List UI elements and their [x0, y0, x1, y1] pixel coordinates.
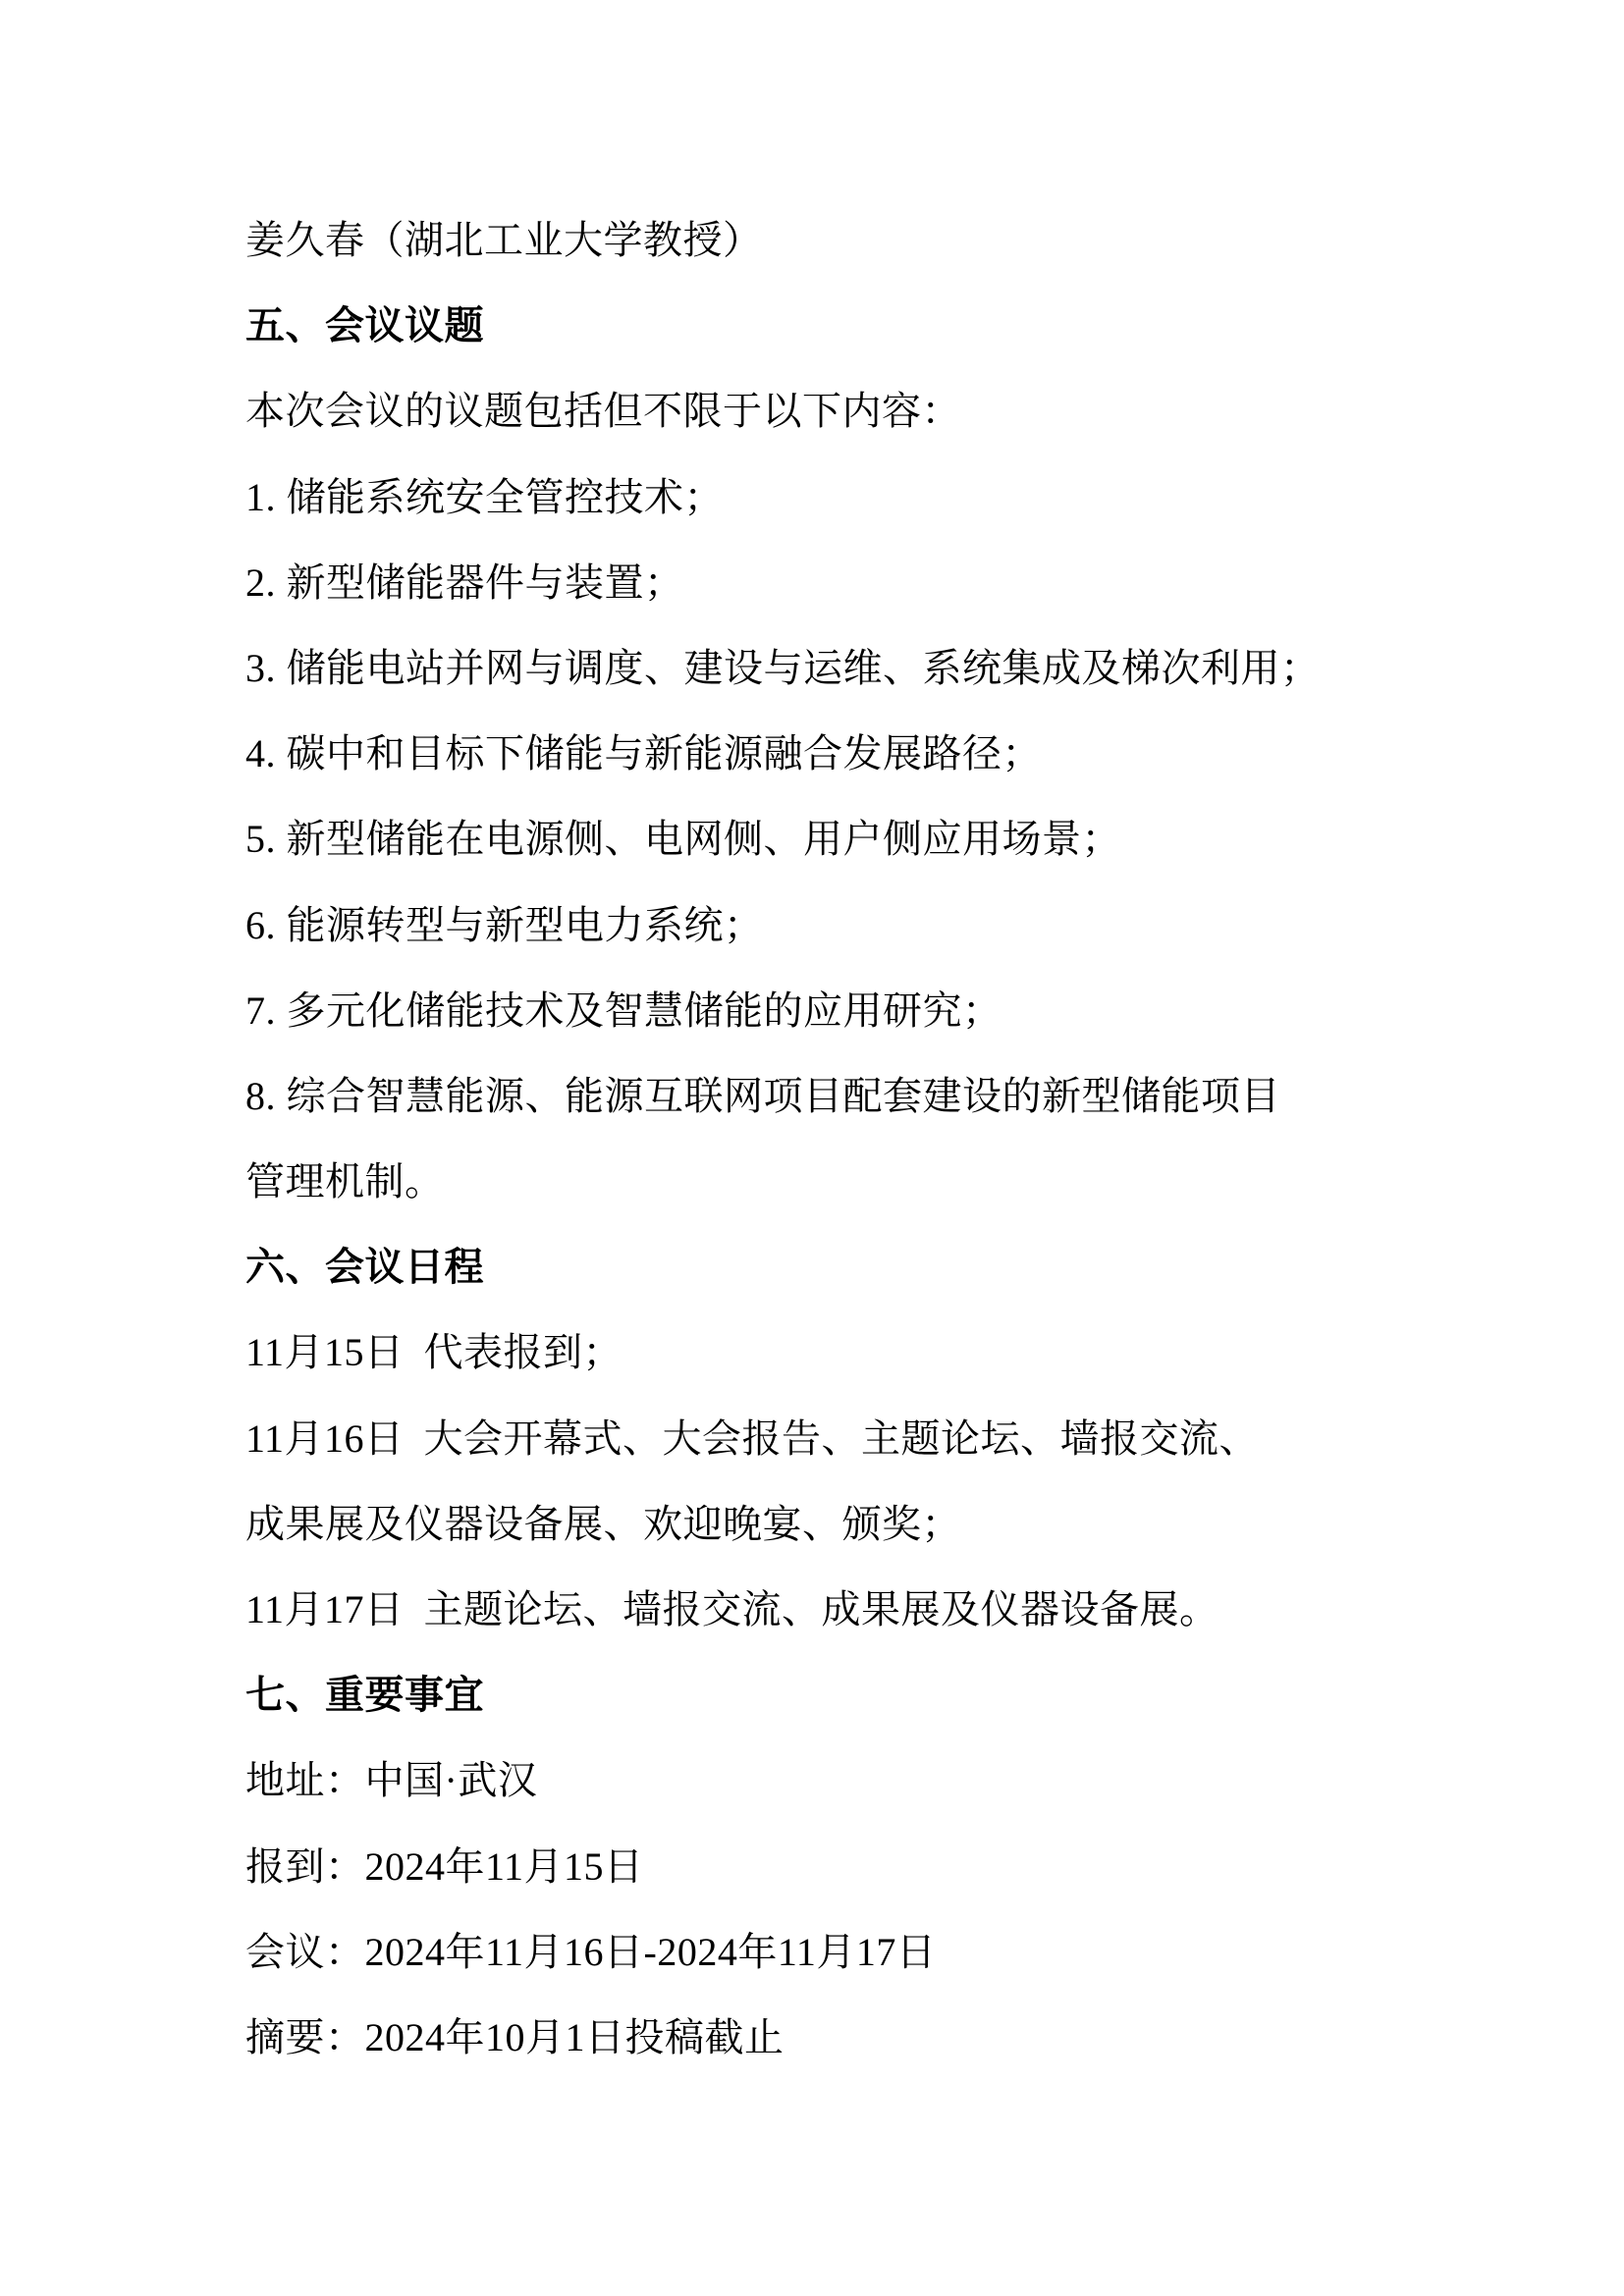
section-heading-important: 七、重要事宜 [245, 1652, 1384, 1737]
detail-value: 2024年11月16日-2024年11月17日 [365, 1930, 937, 1974]
schedule-events: 代表报到； [424, 1330, 623, 1374]
schedule-row-continuation: 成果展及仪器设备展、欢迎晚宴、颁奖； [245, 1481, 1384, 1567]
topic-item: 4. 碳中和目标下储能与新能源融合发展路径； [245, 711, 1384, 796]
section-heading-topics: 五、会议议题 [245, 283, 1384, 368]
schedule-date: 11月17日 [245, 1587, 405, 1631]
schedule-date: 11月16日 [245, 1416, 405, 1461]
schedule-date: 11月15日 [245, 1330, 405, 1374]
detail-row-address: 地址：中国·武汉 [245, 1737, 1384, 1823]
schedule-events: 成果展及仪器设备展、欢迎晚宴、颁奖； [245, 1502, 961, 1546]
detail-row-abstract: 摘要：2024年10月1日投稿截止 [245, 1995, 1384, 2080]
topic-item: 8. 综合智慧能源、能源互联网项目配套建设的新型储能项目 [245, 1053, 1384, 1139]
schedule-row: 11月15日代表报到； [245, 1309, 1384, 1395]
topic-item: 3. 储能电站并网与调度、建设与运维、系统集成及梯次利用； [245, 625, 1384, 711]
schedule-events: 主题论坛、墙报交流、成果展及仪器设备展。 [424, 1587, 1219, 1631]
topic-item: 6. 能源转型与新型电力系统； [245, 882, 1384, 968]
topics-intro: 本次会议的议题包括但不限于以下内容： [245, 368, 1384, 454]
detail-value: 中国·武汉 [365, 1758, 538, 1802]
detail-value: 2024年11月15日 [365, 1844, 644, 1889]
topic-item: 2. 新型储能器件与装置； [245, 540, 1384, 625]
document-page: 姜久春（湖北工业大学教授） 五、会议议题 本次会议的议题包括但不限于以下内容： … [245, 197, 1384, 2080]
detail-row-conference: 会议：2024年11月16日-2024年11月17日 [245, 1909, 1384, 1995]
schedule-row: 11月16日大会开幕式、大会报告、主题论坛、墙报交流、 [245, 1396, 1384, 1481]
speaker-line: 姜久春（湖北工业大学教授） [245, 197, 1384, 283]
topic-item: 5. 新型储能在电源侧、电网侧、用户侧应用场景； [245, 796, 1384, 881]
schedule-events: 大会开幕式、大会报告、主题论坛、墙报交流、 [424, 1416, 1260, 1461]
detail-label: 摘要： [245, 2015, 365, 2059]
section-heading-schedule: 六、会议日程 [245, 1224, 1384, 1309]
detail-label: 会议： [245, 1930, 365, 1974]
detail-label: 地址： [245, 1758, 365, 1802]
detail-label: 报到： [245, 1844, 365, 1889]
topic-item: 7. 多元化储能技术及智慧储能的应用研究； [245, 968, 1384, 1053]
schedule-row: 11月17日主题论坛、墙报交流、成果展及仪器设备展。 [245, 1567, 1384, 1652]
detail-row-registration: 报到：2024年11月15日 [245, 1824, 1384, 1909]
topic-item-continuation: 管理机制。 [245, 1139, 1384, 1224]
detail-value: 2024年10月1日投稿截止 [365, 2015, 785, 2059]
topic-item: 1. 储能系统安全管控技术； [245, 454, 1384, 540]
